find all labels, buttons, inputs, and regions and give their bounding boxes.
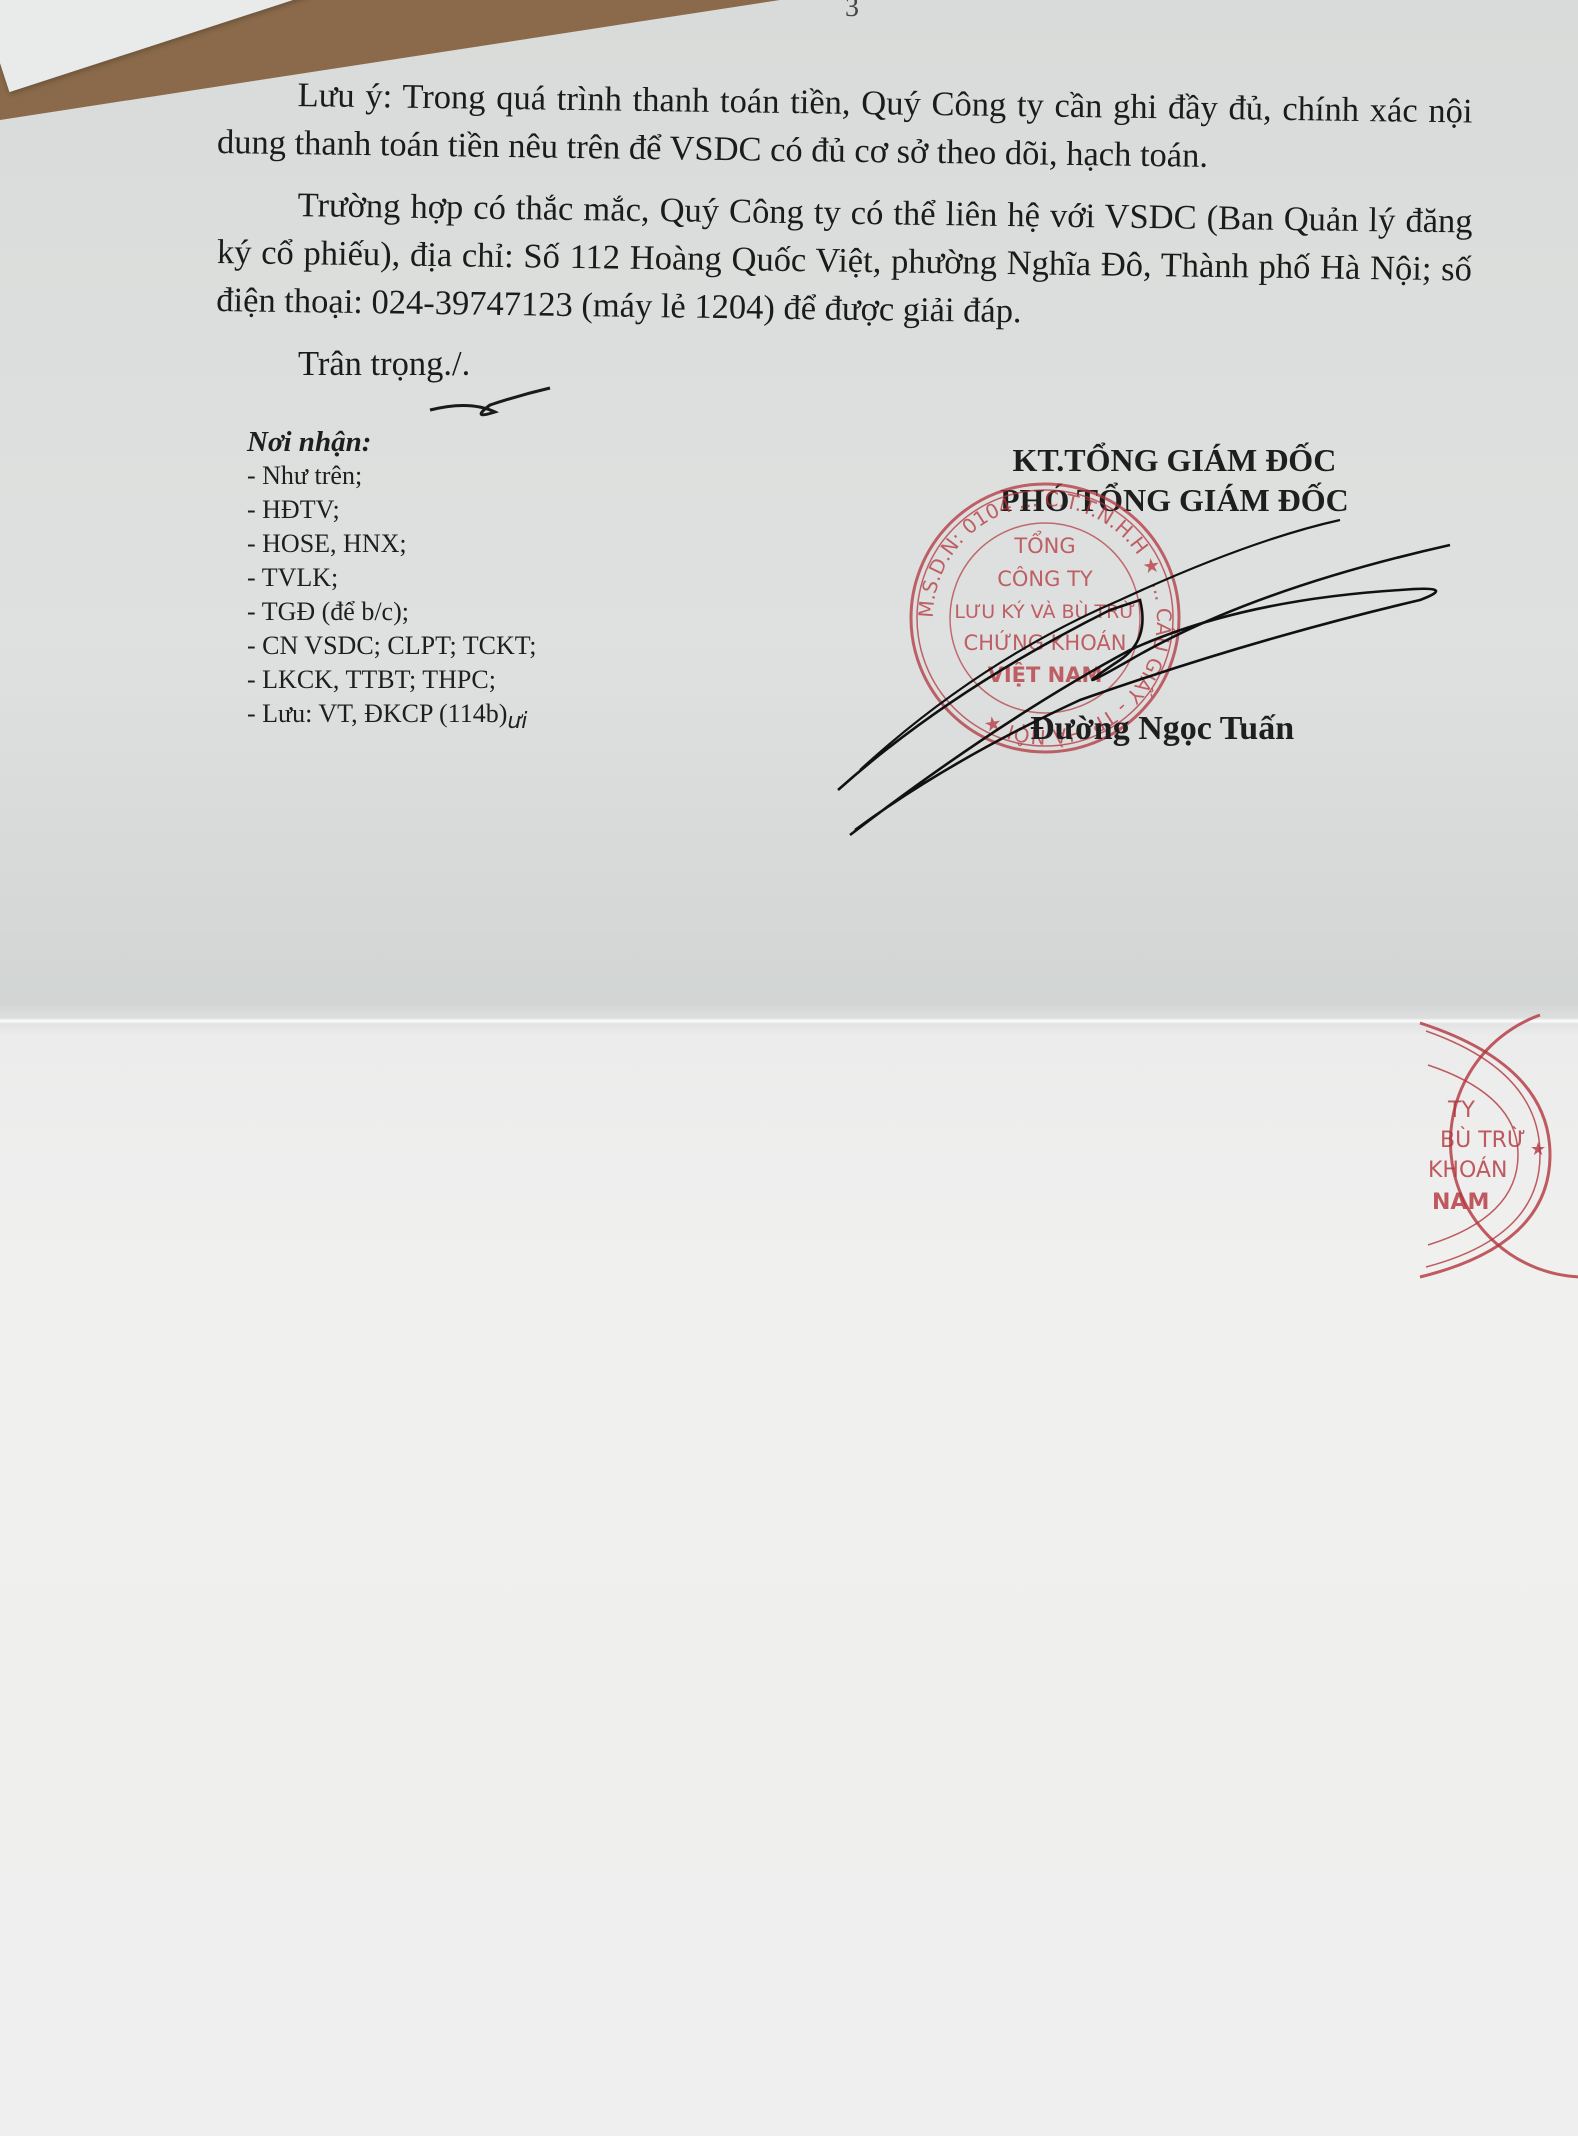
recipient-item: - HĐTV; [247, 493, 536, 527]
recipient-item: - HOSE, HNX; [247, 527, 536, 561]
svg-text:CÔNG TY: CÔNG TY [997, 566, 1093, 591]
signature-title-line1: KT.TỔNG GIÁM ĐỐC [1000, 440, 1349, 480]
paper-fold-line [0, 1018, 1578, 1024]
recipients-list: Nơi nhận: - Như trên; - HĐTV; - HOSE, HN… [247, 425, 536, 739]
svg-text:BÙ TRỪ: BÙ TRỪ [1440, 1127, 1526, 1153]
recipient-item: - LKCK, TTBT; THPC; [247, 663, 536, 697]
paragraph-payment-note: Lưu ý: Trong quá trình thanh toán tiền, … [217, 70, 1473, 184]
recipient-item: - Lưu: VT, ĐKCP (114b)ưi [247, 697, 536, 739]
closing-greeting: Trân trọng./. [298, 345, 470, 384]
svg-text:CHỨNG KHOÁN: CHỨNG KHOÁN [964, 630, 1127, 655]
svg-text:VIỆT NAM: VIỆT NAM [988, 661, 1103, 687]
partial-company-stamp: TY BÙ TRỪ KHOÁN NAM ★ [1400, 1005, 1578, 1295]
recipients-title: Nơi nhận: [247, 425, 536, 459]
signer-name: Đường Ngọc Tuấn [1030, 710, 1294, 748]
svg-text:NAM: NAM [1432, 1190, 1489, 1215]
paragraph-contact-info: Trường hợp có thắc mắc, Quý Công ty có t… [216, 180, 1473, 342]
recipient-item: - TVLK; [247, 561, 536, 595]
svg-text:★: ★ [1530, 1139, 1546, 1160]
svg-text:TY: TY [1447, 1098, 1475, 1123]
page-number: 3 [845, 0, 859, 24]
handwritten-initials: ưi [507, 709, 527, 734]
recipient-item: - Như trên; [247, 459, 536, 493]
recipient-item: - TGĐ (để b/c); [247, 595, 536, 629]
svg-text:LƯU KÝ VÀ BÙ TRỪ: LƯU KÝ VÀ BÙ TRỪ [954, 599, 1135, 623]
svg-text:KHOÁN: KHOÁN [1428, 1157, 1507, 1183]
recipient-item: - CN VSDC; CLPT; TCKT; [247, 629, 536, 663]
svg-text:TỔNG: TỔNG [1013, 530, 1075, 558]
